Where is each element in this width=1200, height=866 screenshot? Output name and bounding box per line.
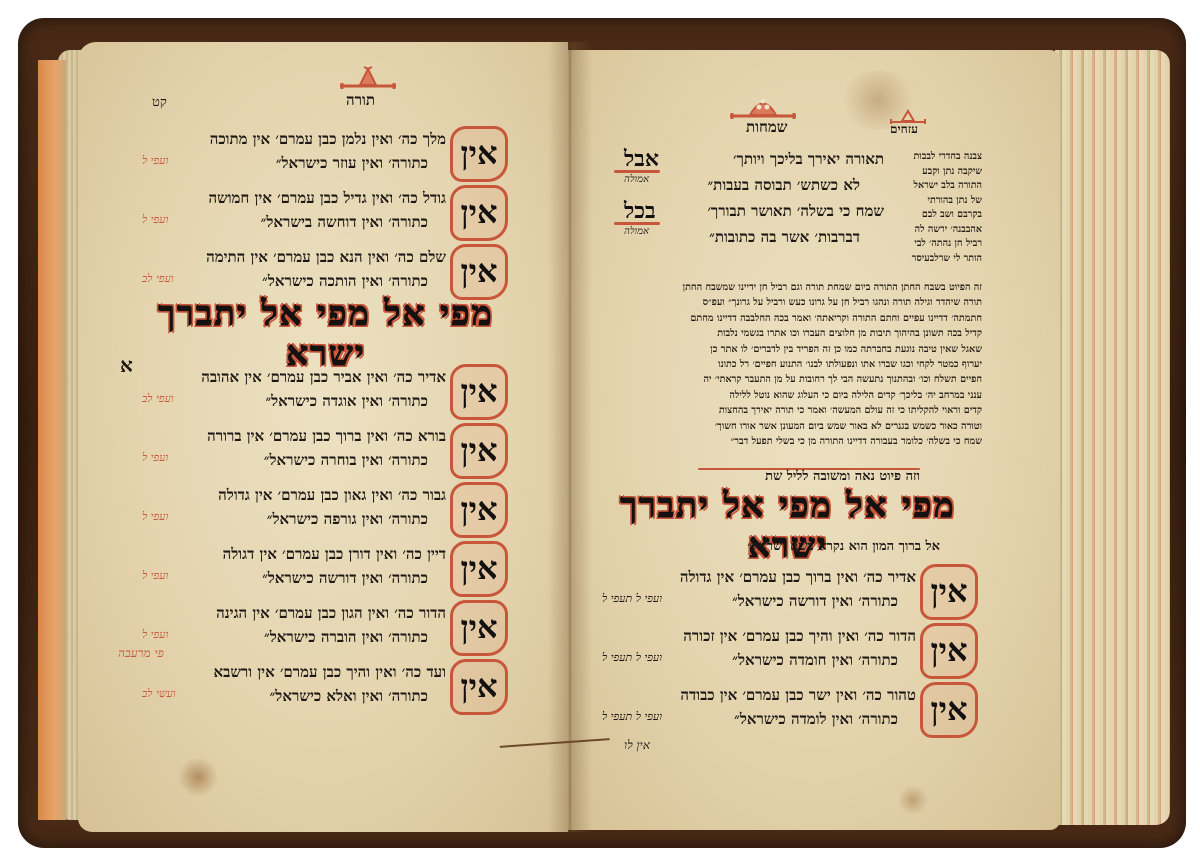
commentary-paragraph: זה הפיוט בשבח החתן התורה ביום שמחת תורה … <box>612 280 982 449</box>
red-rule <box>614 170 660 173</box>
illuminated-initial: אין <box>450 126 508 182</box>
margin-note: ועפי ל <box>142 213 168 226</box>
stanza-line: כתורה׳ ואין בוחרה כישראל״ <box>264 451 428 470</box>
stanza-line: אדיר כה׳ ואין אביר כבן עמרם׳ אין אהובה <box>201 368 446 387</box>
main-stanzas: אין אדיר כה׳ ואין אביר כבן עמרם׳ אין אהו… <box>148 362 508 716</box>
commentary-line: בקרבם ושב לבם <box>886 208 982 223</box>
stanza-line: כתורה׳ ואין הותכה כישראל״ <box>262 272 428 291</box>
illuminated-initial: אין <box>450 659 508 715</box>
margin-note: ועפי ל <box>142 510 168 523</box>
rubric-intro: וזה פיוט נאה ומשובה לליל שת <box>765 468 920 484</box>
right-page: שמחות עזחים אבל אמולה תאורה יאירך בליכך … <box>568 50 1060 830</box>
stanza-line: כתורה׳ ואין לומדה כישראל״ <box>734 710 898 729</box>
decorative-head-ornament-icon <box>728 94 798 120</box>
stanza-line: כתורה׳ ואין חומדה כישראל״ <box>732 651 898 670</box>
stanza-line: כתורה׳ ואין גורפה כישראל״ <box>267 510 428 529</box>
stanza-line: טהור כה׳ ואין ישר כבן עמרם׳ אין כבודה <box>680 686 916 705</box>
side-commentary: צבנה בחדרי לבבות שיקבה נתן וקבע התורה בל… <box>886 150 982 266</box>
commentary-line: שיקבה נתן וקבע <box>886 165 982 180</box>
stanza: אין הדור כה׳ ואין הגון כבן עמרם׳ אין הגי… <box>148 598 508 657</box>
stanza-line: שמח כי בשלה׳ תאושר תבורך׳ <box>707 202 884 221</box>
commentary-line: חפיים תשלח וכו׳ ובהתנוך נתעשה הבי לך רחו… <box>612 372 982 387</box>
commentary-line: התורה בלב ישראל <box>886 179 982 194</box>
margin-note: ועשי לב <box>142 687 176 700</box>
stanza: אין הדור כה׳ ואין והיך כבן עמרם׳ אין זכו… <box>608 621 978 680</box>
left-page: תורה קט א אין מלך כה׳ ואין נלמן כבן עמרם… <box>78 42 568 832</box>
rubric-banner: מפי אל מפי אל יתברך ישרא <box>608 486 968 566</box>
stanza: אין ועד כה׳ ואין והיך כבן עמרם׳ אין ורשב… <box>148 657 508 716</box>
stanza-line: מלך כה׳ ואין נלמן כבן עמרם׳ אין מתוכה <box>210 130 446 149</box>
illuminated-initial: אין <box>450 423 508 479</box>
stanza-line: הדור כה׳ ואין והיך כבן עמרם׳ אין זכורה <box>683 627 916 646</box>
running-head: שמחות <box>746 118 787 137</box>
stanza-line: ועד כה׳ ואין והיך כבן עמרם׳ אין ורשבא <box>213 663 446 682</box>
illuminated-initial: אין <box>450 244 508 300</box>
stanza-line: כתורה׳ ואין אוגדה כישראל״ <box>265 392 428 411</box>
ink-stain <box>898 785 928 815</box>
stanza-line: שלם כה׳ ואין הנא כבן עמרם׳ אין התימה <box>206 248 446 267</box>
commentary-line: הותר לי שרלבעיסר <box>886 252 982 267</box>
illuminated-initial: אין <box>450 541 508 597</box>
stanza-line: הדור כה׳ ואין הגון כבן עמרם׳ אין הגינה <box>216 604 446 623</box>
commentary-line: תורה שיהדר וגילה תורה ונהגו רביל חן על ג… <box>612 295 982 310</box>
stanza-line: כתורה׳ ואין דורשה כישראל״ <box>732 592 898 611</box>
stanza-line: גבור כה׳ ואין גאון כבן עמרם׳ אין גדולה <box>218 486 446 505</box>
margin-note: אמולה <box>624 174 649 185</box>
commentary-line: קדיל בכה תשונן בהיהוך תיבות מן חלוצים הע… <box>612 326 982 341</box>
illuminated-initial: אין <box>920 564 978 620</box>
sub-banner: אל ברוך המון הוא נקרא בשם ישראל״ <box>747 538 940 554</box>
stanza-line: כתורה׳ ואין עוזר כישראל״ <box>276 154 428 173</box>
stanza-line: אדיר כה׳ ואין ברוך כבן עמרם׳ אין גדולה <box>680 568 916 587</box>
margin-note: אמולה <box>624 226 649 237</box>
commentary-line: קדים וראוי להקליתו כי זה עולם המעשה׳ ואמ… <box>612 403 982 418</box>
catchword: אין לו <box>624 738 650 753</box>
commentary-line: זה הפיוט בשבח החתן התורה ביום שמחת תורה … <box>612 280 982 295</box>
folio-number: קט <box>152 94 167 110</box>
running-head: תורה <box>346 91 375 110</box>
commentary-line: יערוף כמטר לקחי וכגו שברו אתו ונפעולתו ל… <box>612 357 982 372</box>
rubric-initial: בכל <box>624 198 656 224</box>
margin-note: ועפי ל תעפי ל <box>602 710 662 723</box>
margin-note: ועפי ל <box>142 569 168 582</box>
commentary-line: ענני במרחב יה׳ בליכך׳ קדים הלילה ביום כי… <box>612 388 982 403</box>
stanza: אין טהור כה׳ ואין ישר כבן עמרם׳ אין כבוד… <box>608 680 978 739</box>
side-letter: א <box>120 353 133 378</box>
margin-note: ועפי ל תעפי ל <box>602 651 662 664</box>
stanza-line: דיין כה׳ ואין דורן כבן עמרם׳ אין דגולה <box>223 545 446 564</box>
stanza-line: כתורה׳ ואין ואלא כישראל״ <box>270 687 428 706</box>
commentary-line: שמח כי בשלה׳ כלומר בעבורה דדיינו התורה מ… <box>612 434 982 449</box>
commentary-line: צבנה בחדרי לבבות <box>886 150 982 165</box>
decorative-head-ornament-icon <box>338 66 398 92</box>
stanza: אין מלך כה׳ ואין נלמן כבן עמרם׳ אין מתוכ… <box>148 124 508 183</box>
margin-note: ועפי ל <box>142 154 168 167</box>
illuminated-initial: אין <box>920 623 978 679</box>
stanza-line: גודל כה׳ ואין גדיל כבן עמרם׳ אין חמושה <box>208 189 446 208</box>
stanza-line: דברבות׳ אשר בה כתובות״ <box>709 228 860 247</box>
margin-note: ועפי ל <box>142 451 168 464</box>
stanza-line: בורא כה׳ ואין ברוך כבן עמרם׳ אין ברורה <box>207 427 446 446</box>
side-head: עזחים <box>890 122 918 137</box>
ink-stain <box>178 757 218 797</box>
margin-note: ועפי ל תעפי ל <box>602 592 662 605</box>
stanza: אין גודל כה׳ ואין גדיל כבן עמרם׳ אין חמו… <box>148 183 508 242</box>
stanza: אין אדיר כה׳ ואין ברוך כבן עמרם׳ אין גדו… <box>608 562 978 621</box>
stanza-line: לא כשתש׳ תבוסה בעבות״ <box>707 176 860 195</box>
stanza-line: כתורה׳ ואין דוחשה בישראל״ <box>261 213 428 232</box>
commentary-line: וטורה כאור כשמש בגנרים לא באור שמש ביום … <box>612 419 982 434</box>
margin-note: ועפי ל <box>142 628 168 641</box>
commentary-line: אהבבנה׳ ירשה לה <box>886 223 982 238</box>
top-stanzas: אין מלך כה׳ ואין נלמן כבן עמרם׳ אין מתוכ… <box>148 124 508 301</box>
right-page-stack <box>1055 50 1170 825</box>
commentary-line: שאגל שאין טיבה נוגעת בחברתה כמו כן זה הפ… <box>612 342 982 357</box>
rubric-initial: אבל <box>624 146 659 172</box>
margin-note: פי מרעבה <box>118 646 164 661</box>
margin-note: ועפי לב <box>142 272 174 285</box>
commentary-line: של נתן בהורתי <box>886 194 982 209</box>
illuminated-initial: אין <box>450 482 508 538</box>
main-stanzas: אין אדיר כה׳ ואין ברוך כבן עמרם׳ אין גדו… <box>608 562 978 739</box>
stanza-line: כתורה׳ ואין דורשה כישראל״ <box>262 569 428 588</box>
red-rule <box>614 222 660 225</box>
stanza: אין בורא כה׳ ואין ברוך כבן עמרם׳ אין ברו… <box>148 421 508 480</box>
orange-page-edge <box>38 60 66 820</box>
commentary-line: חתמתה׳ דדיינו עפיים וחתם התורה וקריאתה׳ … <box>612 311 982 326</box>
stanza: אין אדיר כה׳ ואין אביר כבן עמרם׳ אין אהו… <box>148 362 508 421</box>
illuminated-initial: אין <box>920 682 978 738</box>
illuminated-initial: אין <box>450 185 508 241</box>
stanza: אין דיין כה׳ ואין דורן כבן עמרם׳ אין דגו… <box>148 539 508 598</box>
illuminated-initial: אין <box>450 600 508 656</box>
stanza: אין גבור כה׳ ואין גאון כבן עמרם׳ אין גדו… <box>148 480 508 539</box>
stanza-line: כתורה׳ ואין הוברה כישראל״ <box>264 628 428 647</box>
stanza: אין שלם כה׳ ואין הנא כבן עמרם׳ אין התימה… <box>148 242 508 301</box>
book-gutter <box>548 42 592 832</box>
illuminated-initial: אין <box>450 364 508 420</box>
commentary-line: רביל חן נהתה׳ לבי <box>886 237 982 252</box>
margin-note: ועפי לב <box>142 392 174 405</box>
stanza-line: תאורה יאירך בליכך ויותך׳ <box>733 150 884 169</box>
